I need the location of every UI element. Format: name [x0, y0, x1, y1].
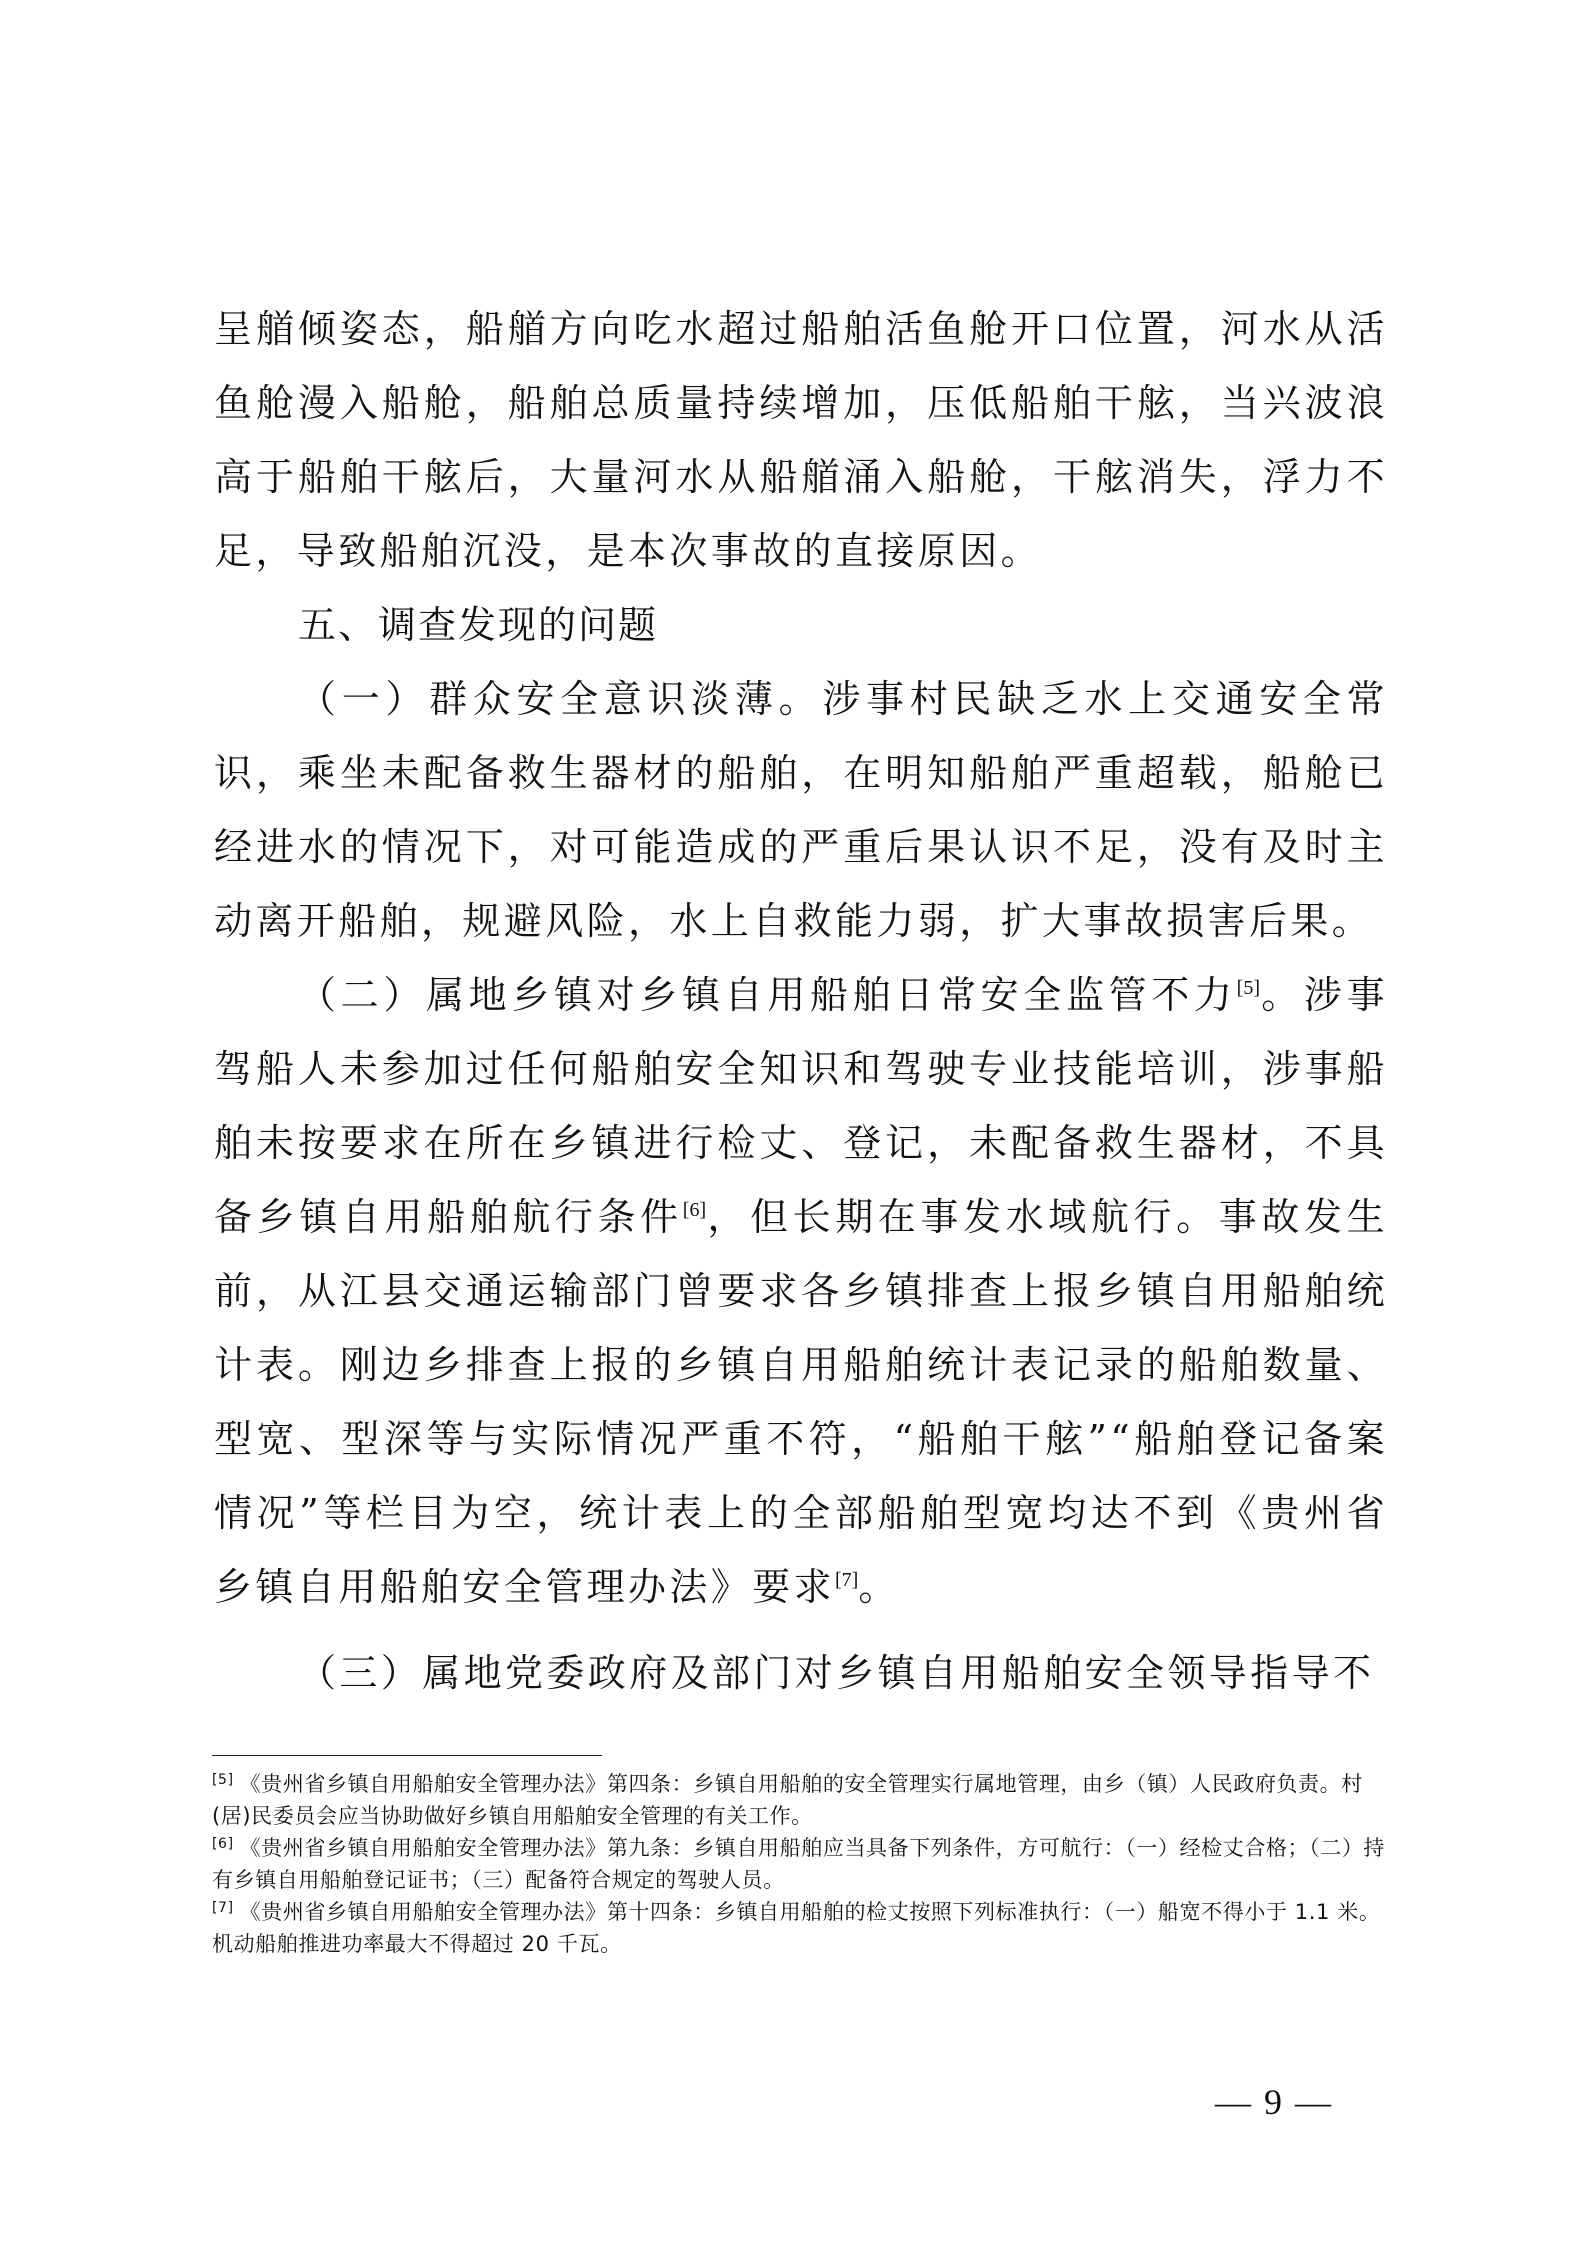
footnote-5: [5]《贵州省乡镇自用船舶安全管理办法》第四条：乡镇自用船舶的安全管理实行属地管… — [212, 1768, 1392, 1832]
footnote-text: 《贵州省乡镇自用船舶安全管理办法》第十四条：乡镇自用船舶的检丈按照下列标准执行：… — [212, 1900, 1380, 1956]
footnote-6: [6]《贵州省乡镇自用船舶安全管理办法》第九条：乡镇自用船舶应当具备下列条件，方… — [212, 1832, 1392, 1896]
footnote-text: 《贵州省乡镇自用船舶安全管理办法》第四条：乡镇自用船舶的安全管理实行属地管理，由… — [212, 1772, 1363, 1828]
paragraph-subsection-3: （三）属地党委政府及部门对乡镇自用船舶安全领导指导不 — [214, 1636, 1388, 1710]
paragraph-subsection-1: （一）群众安全意识淡薄。涉事村民缺乏水上交通安全常识，乘坐未配备救生器材的船舶，… — [214, 662, 1388, 958]
body-text: 呈艏倾姿态，船艏方向吃水超过船舶活鱼舱开口位置，河水从活鱼舱漫入船舱，船舶总质量… — [214, 292, 1388, 1710]
subsection-label: （一） — [298, 677, 429, 721]
document-page: 呈艏倾姿态，船艏方向吃水超过船舶活鱼舱开口位置，河水从活鱼舱漫入船舱，船舶总质量… — [0, 0, 1587, 2245]
footnote-7: [7]《贵州省乡镇自用船舶安全管理办法》第十四条：乡镇自用船舶的检丈按照下列标准… — [212, 1896, 1392, 1960]
footnote-separator — [212, 1755, 602, 1756]
footnote-mark: [5] — [212, 1772, 234, 1788]
subsection-label: （三） — [298, 1651, 422, 1695]
footnote-text: 《贵州省乡镇自用船舶安全管理办法》第九条：乡镇自用船舶应当具备下列条件，方可航行… — [212, 1836, 1385, 1892]
footnotes: [5]《贵州省乡镇自用船舶安全管理办法》第四条：乡镇自用船舶的安全管理实行属地管… — [212, 1768, 1392, 1960]
subsection-title: 属地乡镇对乡镇自用船舶日常安全监管不力 — [426, 973, 1237, 1017]
footnote-mark: [7] — [212, 1900, 234, 1916]
subsection-title: 群众安全意识淡薄。 — [429, 677, 822, 721]
footnote-mark: [6] — [212, 1836, 234, 1852]
paragraph-continuation: 呈艏倾姿态，船艏方向吃水超过船舶活鱼舱开口位置，河水从活鱼舱漫入船舱，船舶总质量… — [214, 292, 1388, 588]
subsection-title: 属地党委政府及部门对乡镇自用船舶安全领导指导不 — [422, 1651, 1374, 1695]
subsection-title-end: 。 — [1260, 973, 1304, 1017]
subsection-body-end: 。 — [858, 1565, 899, 1609]
page-number: — 9 — — [1215, 2080, 1333, 2124]
footnote-ref-7[interactable]: [7] — [835, 1569, 858, 1591]
footnote-ref-5[interactable]: [5] — [1237, 977, 1260, 999]
section-heading: 五、调查发现的问题 — [214, 588, 1388, 662]
subsection-body-part2: ，但长期在事发水域航行。事故发生前，从江县交通运输部门曾要求各乡镇排查上报乡镇自… — [214, 1195, 1388, 1609]
subsection-label: （二） — [298, 973, 426, 1017]
footnote-ref-6[interactable]: [6] — [683, 1199, 706, 1221]
paragraph-subsection-2: （二）属地乡镇对乡镇自用船舶日常安全监管不力[5]。涉事驾船人未参加过任何船舶安… — [214, 958, 1388, 1624]
